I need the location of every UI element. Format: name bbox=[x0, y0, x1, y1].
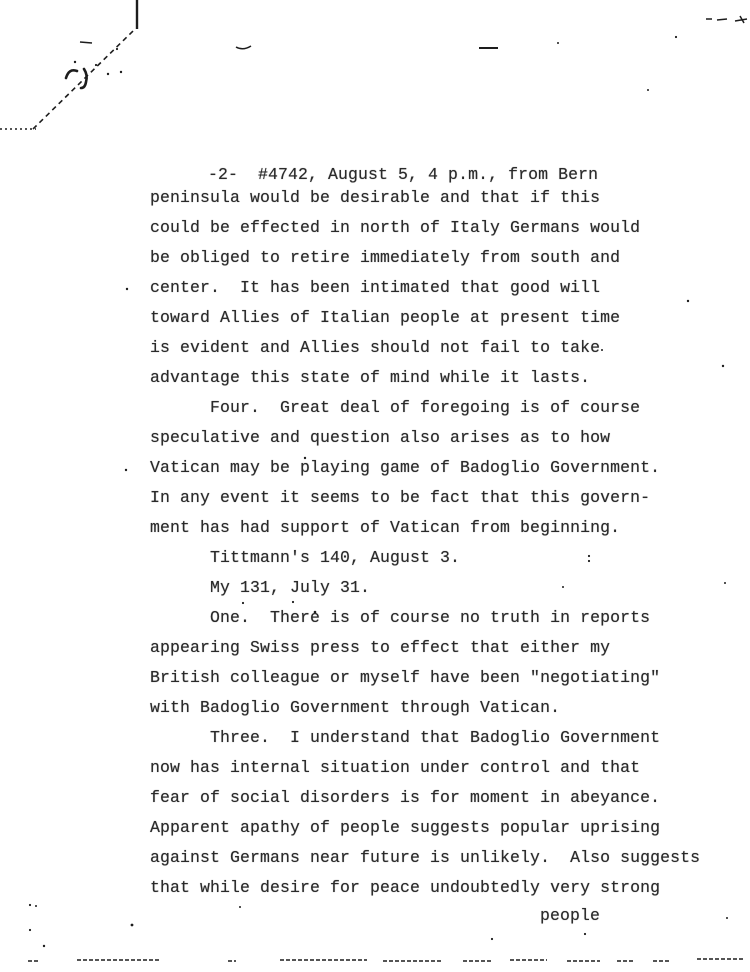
document-line: speculative and question also arises as … bbox=[150, 423, 700, 453]
document-line: My 131, July 31. bbox=[150, 573, 700, 603]
document-line: be obliged to retire immediately from so… bbox=[150, 243, 700, 273]
document-line: appearing Swiss press to effect that eit… bbox=[150, 633, 700, 663]
document-line: Tittmann's 140, August 3. bbox=[150, 543, 700, 573]
document-body: peninsula would be desirable and that if… bbox=[150, 183, 700, 903]
document-line: is evident and Allies should not fail to… bbox=[150, 333, 700, 363]
top-right-marks bbox=[706, 16, 747, 23]
page-number: -2- bbox=[208, 165, 238, 184]
cable-info: #4742, August 5, 4 p.m., from Bern bbox=[258, 165, 598, 184]
document-line: ment has had support of Vatican from beg… bbox=[150, 513, 700, 543]
document-line: center. It has been intimated that good … bbox=[150, 273, 700, 303]
document-line: One. There is of course no truth in repo… bbox=[150, 603, 700, 633]
document-line: advantage this state of mind while it la… bbox=[150, 363, 700, 393]
document-line: that while desire for peace undoubtedly … bbox=[150, 873, 700, 903]
catchword: people bbox=[540, 901, 600, 931]
document-line: Apparent apathy of people suggests popul… bbox=[150, 813, 700, 843]
document-line: with Badoglio Government through Vatican… bbox=[150, 693, 700, 723]
document-page: -2-#4742, August 5, 4 p.m., from Bern pe… bbox=[0, 0, 750, 972]
document-line: Vatican may be playing game of Badoglio … bbox=[150, 453, 700, 483]
document-line: Three. I understand that Badoglio Govern… bbox=[150, 723, 700, 753]
pen-stroke-diagonal bbox=[33, 31, 133, 129]
bottom-edge-dashed-line bbox=[28, 959, 743, 961]
document-line: In any event it seems to be fact that th… bbox=[150, 483, 700, 513]
handwritten-squiggle bbox=[66, 69, 87, 88]
stray-dash-top-left bbox=[80, 42, 92, 43]
document-line: against Germans near future is unlikely.… bbox=[150, 843, 700, 873]
document-line: toward Allies of Italian people at prese… bbox=[150, 303, 700, 333]
document-line: fear of social disorders is for moment i… bbox=[150, 783, 700, 813]
document-line: now has internal situation under control… bbox=[150, 753, 700, 783]
document-line: Four. Great deal of foregoing is of cour… bbox=[150, 393, 700, 423]
document-line: peninsula would be desirable and that if… bbox=[150, 183, 700, 213]
stray-tilde-left bbox=[236, 46, 251, 49]
document-line: could be effected in north of Italy Germ… bbox=[150, 213, 700, 243]
document-line: British colleague or myself have been "n… bbox=[150, 663, 700, 693]
